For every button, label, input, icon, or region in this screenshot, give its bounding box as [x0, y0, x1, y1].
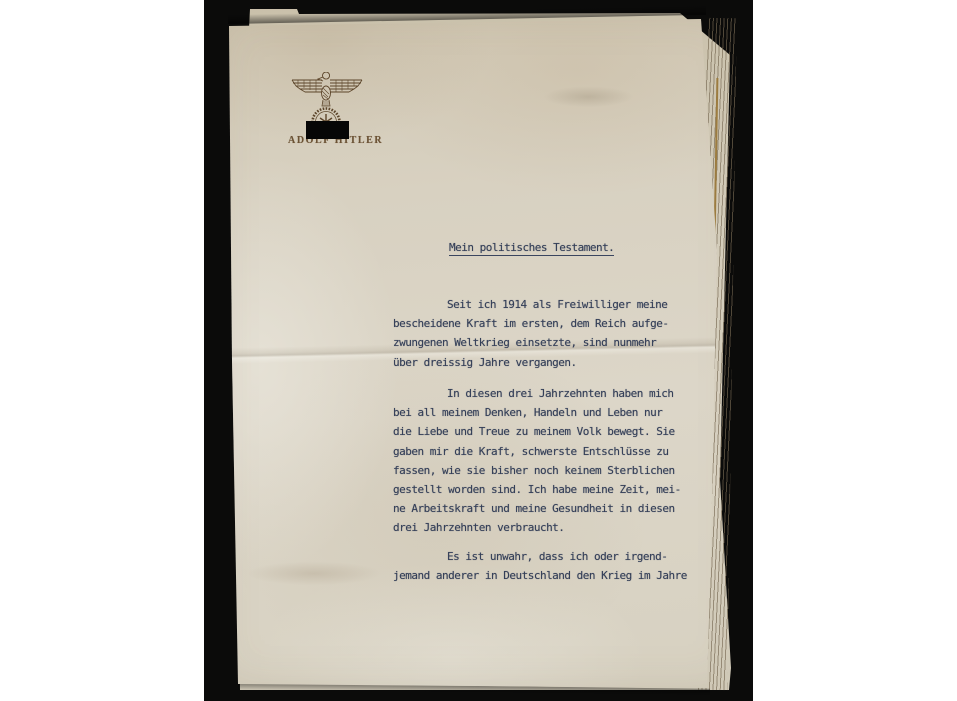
- paragraph-1: Seit ich 1914 als Freiwilliger meine bes…: [393, 295, 697, 372]
- text-line: ne Arbeitskraft und meine Gesundheit in …: [393, 499, 697, 518]
- text-line: die Liebe und Treue zu meinem Volk beweg…: [393, 422, 697, 441]
- text-line: jemand anderer in Deutschland den Krieg …: [393, 566, 697, 585]
- redaction-box: [306, 121, 349, 139]
- document-title: Mein politisches Testament.: [449, 241, 614, 256]
- text-line: Es ist unwahr, dass ich oder irgend-: [393, 547, 697, 566]
- photo-backdrop: ADOLF HITLER Mein politisches Testament.…: [204, 0, 753, 701]
- text-line: fassen, wie sie bisher noch keinem Sterb…: [393, 461, 697, 480]
- text-line: bescheidene Kraft im ersten, dem Reich a…: [393, 314, 697, 333]
- paragraph-2: In diesen drei Jahrzehnten haben mich be…: [393, 384, 697, 538]
- text-line: gaben mir die Kraft, schwerste Entschlüs…: [393, 442, 697, 461]
- text-line: bei all meinem Denken, Handeln und Leben…: [393, 403, 697, 422]
- document-sheet: ADOLF HITLER Mein politisches Testament.…: [204, 0, 753, 701]
- text-line: Seit ich 1914 als Freiwilliger meine: [393, 295, 697, 314]
- text-line: In diesen drei Jahrzehnten haben mich: [393, 384, 697, 403]
- text-line: zwungenen Weltkrieg einsetzte, sind nunm…: [393, 333, 697, 352]
- text-line: gestellt worden sind. Ich habe meine Zei…: [393, 480, 697, 499]
- text-line: über dreissig Jahre vergangen.: [393, 353, 697, 372]
- text-line: drei Jahrzehnten verbraucht.: [393, 518, 697, 537]
- page-canvas: { "scene": { "canvas_background": "#ffff…: [0, 0, 957, 701]
- document-title-text: Mein politisches Testament.: [449, 241, 614, 256]
- paragraph-3: Es ist unwahr, dass ich oder irgend- jem…: [393, 547, 697, 585]
